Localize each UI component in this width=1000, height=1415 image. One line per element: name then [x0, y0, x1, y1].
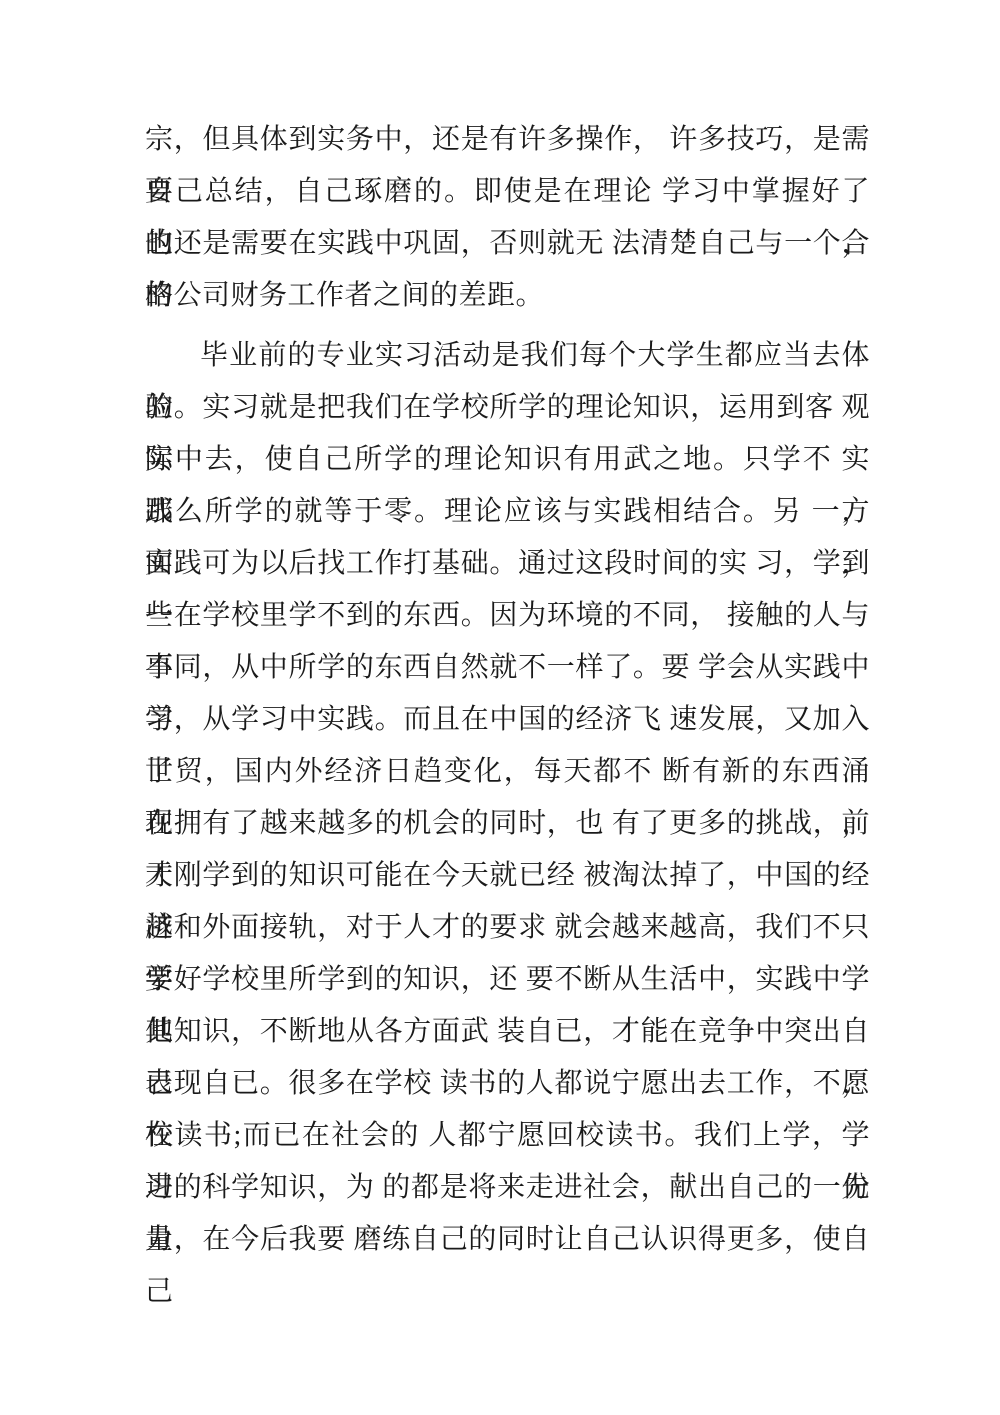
text-line: 自己总结，自己琢磨的。即使是在理论 学习中掌握好了的， [145, 166, 870, 218]
text-line: 不同，从中所学的东西自然就不一样了。要 学会从实践中学 [145, 642, 870, 694]
text-line: 越和外面接轨，对于人才的要求 就会越来越高，我们不只要 [145, 902, 870, 954]
text-line: 些在学校里学不到的东西。因为环境的不同， 接触的人与事 [145, 590, 870, 642]
document-body: 宗，但具体到实务中，还是有许多操作， 许多技巧，是需要自己总结，自己琢磨的。即使… [145, 114, 870, 1266]
text-line: 学好学校里所学到的知识，还 要不断从生活中，实践中学其 [145, 954, 870, 1006]
document-page: 宗，但具体到实务中，还是有许多操作， 许多技巧，是需要自己总结，自己琢磨的。即使… [0, 0, 1000, 1415]
text-line: 的。实习就是把我们在学校所学的理论知识，运用到客 观实 [145, 382, 870, 434]
text-line: 他知识，不断地从各方面武 装自已，才能在竞争中突出自已， [145, 1006, 870, 1058]
text-line: 量，在今后我要 磨练自己的同时让自己认识得更多，使自己 [145, 1214, 870, 1266]
text-line: 也还是需要在实践中巩固，否则就无 法清楚自己与一个合格 [145, 218, 870, 270]
text-line: 世贸，国内外经济日趋变化，每天都不 断有新的东西涌现， [145, 746, 870, 798]
text-line: 宗，但具体到实务中，还是有许多操作， 许多技巧，是需要 [145, 114, 870, 166]
text-line: 那么所学的就等于零。理论应该与实践相结合。另 一方面， [145, 486, 870, 538]
text-line: 校读书;而已在社会的 人都宁愿回校读书。我们上学，学习先 [145, 1110, 870, 1162]
text-line: 表现自已。很多在学校 读书的人都说宁愿出去工作，不愿在 [145, 1058, 870, 1110]
text-line: 实践可为以后找工作打基础。通过这段时间的实 习，学到一 [145, 538, 870, 590]
text-line: 才刚学到的知识可能在今天就已经 被淘汰掉了，中国的经济 [145, 850, 870, 902]
text-line: 习，从学习中实践。而且在中国的经济飞 速发展，又加入了 [145, 694, 870, 746]
text-line: 毕业前的专业实习活动是我们每个大学生都应当去体 验 [145, 330, 870, 382]
text-line: 际中去，使自己所学的理论知识有用武之地。只学不 实践， [145, 434, 870, 486]
paragraph: 毕业前的专业实习活动是我们每个大学生都应当去体 验的。实习就是把我们在学校所学的… [145, 330, 870, 1266]
text-line: 在拥有了越来越多的机会的同时，也 有了更多的挑战，前天 [145, 798, 870, 850]
text-line: 进的科学知识，为 的都是将来走进社会，献出自己的一份力 [145, 1162, 870, 1214]
paragraph: 宗，但具体到实务中，还是有许多操作， 许多技巧，是需要自己总结，自己琢磨的。即使… [145, 114, 870, 322]
text-line: 的公司财务工作者之间的差距。 [145, 270, 870, 322]
